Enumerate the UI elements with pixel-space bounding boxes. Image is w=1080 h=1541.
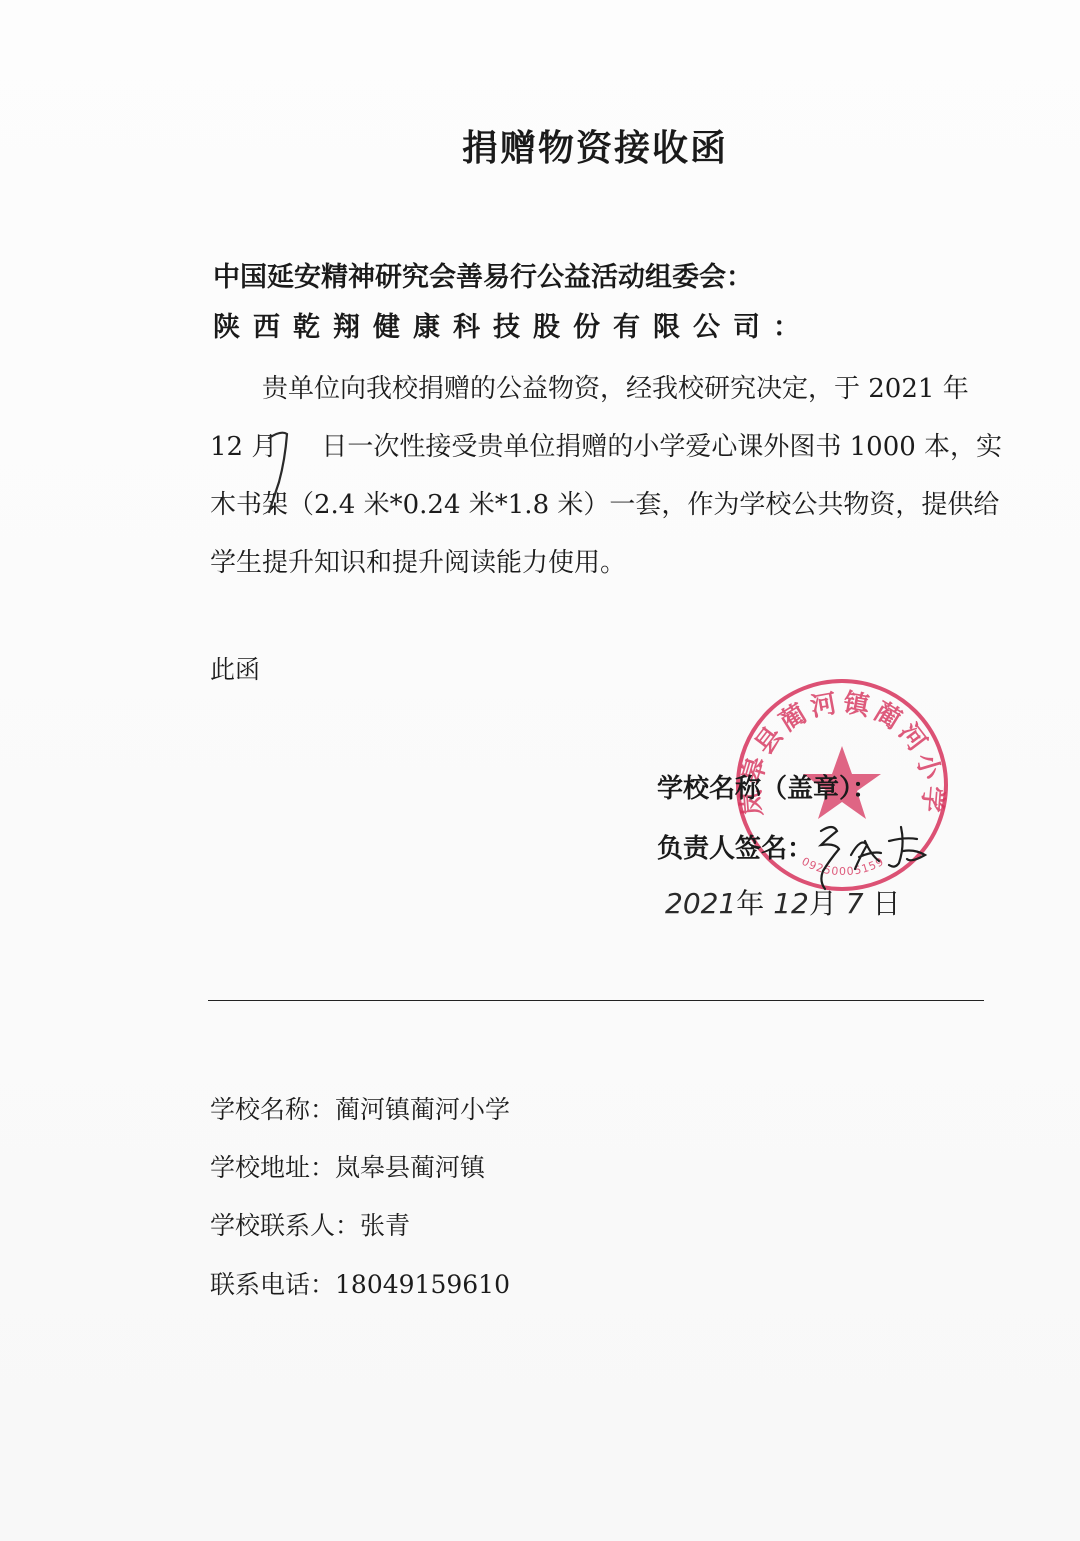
body-line-2: 12 月日一次性接受贵单位捐赠的小学爱心课外图书 1000 本，实 [210,418,1020,476]
school-contact-line: 学校联系人：张青 [210,1206,410,1242]
handwritten-day-mark [255,420,315,520]
school-seal-label: 学校名称（盖章）： [657,774,878,804]
school-contact-value: 张青 [360,1211,410,1240]
school-phone-line: 联系电话：18049159610 [210,1265,510,1301]
document-title: 捐赠物资接收函 [0,120,1080,171]
body-line-4: 学生提升知识和提升阅读能力使用。 [210,534,1020,592]
date-year-handwritten: 2021 [665,887,736,920]
addressee-company: 陕西乾翔健康科技股份有限公司： [213,305,813,344]
school-seal-row: 学校名称（盖章）： [657,768,878,805]
responsible-signature-label: 负责人签名： [657,834,813,864]
school-address-value: 岚皋县蔺河镇 [335,1153,485,1182]
letter-body: 贵单位向我校捐赠的公益物资，经我校研究决定，于 2021 年 12 月日一次性接… [210,360,1020,592]
document-page: 捐赠物资接收函 中国延安精神研究会善易行公益活动组委会： 陕西乾翔健康科技股份有… [0,0,1080,1541]
signature-row: 负责人签名： [657,828,813,865]
school-name-line: 学校名称：蔺河镇蔺河小学 [210,1090,510,1126]
body-line-3: 木书架（2.4 米*0.24 米*1.8 米）一套，作为学校公共物资，提供给 [210,476,1020,534]
section-divider [208,1000,984,1001]
school-name-value: 蔺河镇蔺河小学 [335,1095,510,1124]
closing-text: 此函 [210,650,260,686]
school-address-line: 学校地址：岚皋县蔺河镇 [210,1148,485,1184]
handwritten-signature [815,815,935,895]
date-year-unit: 年 [736,887,764,920]
addressee-organizing-committee: 中国延安精神研究会善易行公益活动组委会： [213,255,753,294]
date-month-handwritten: 12 [773,887,809,920]
school-phone-value: 18049159610 [335,1270,510,1299]
body-line-1: 贵单位向我校捐赠的公益物资，经我校研究决定，于 2021 年 [210,360,1020,418]
